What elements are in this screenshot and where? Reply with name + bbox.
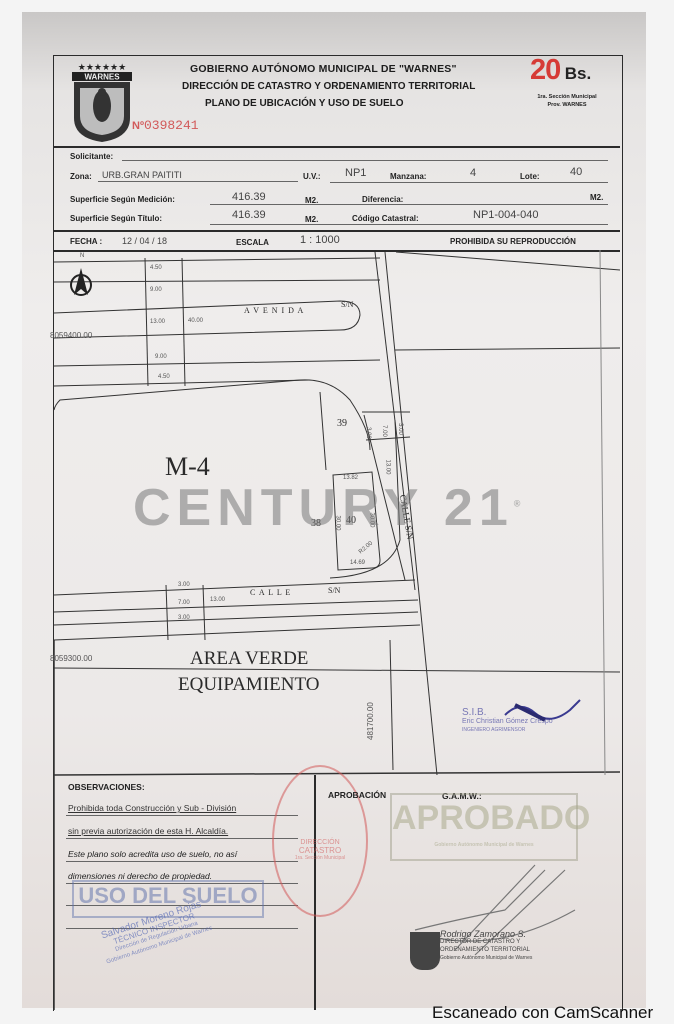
director-stamp: Rodrigo Zamorano S. DIRECTOR DE CATASTRO… [440, 930, 532, 962]
dim: 7.00 [381, 425, 387, 437]
century21-watermark: CENTURY 21® [133, 478, 520, 538]
avenida-sn: S/N [341, 300, 353, 309]
observaciones-title: OBSERVACIONES: [68, 782, 145, 792]
observacion-line: sin previa autorización de esta H. Alcal… [68, 826, 228, 836]
coord-top: 8059400.00 [50, 331, 92, 340]
calle-horizontal-label: C A L L E [250, 588, 291, 597]
area-verde-label: AREA VERDE [190, 648, 308, 670]
observacion-line: Prohibida toda Construcción y Sub - Divi… [68, 803, 236, 813]
dim: 4.50 [150, 265, 162, 271]
dim: 14.69 [350, 560, 365, 566]
aprobacion-label: APROBACIÓN [328, 790, 386, 800]
dim: 13.00 [150, 319, 165, 325]
director-seal-icon [410, 932, 440, 970]
dim: 3.00 [397, 423, 403, 435]
camscanner-watermark: Escaneado con CamScanner [432, 1003, 653, 1023]
dim: 40.00 [188, 318, 203, 324]
underline [66, 815, 298, 816]
dim: 7.00 [178, 600, 190, 606]
dim: 13.00 [210, 597, 225, 603]
dim: 3.00 [178, 615, 190, 621]
avenida-label: A V E N I D A [244, 306, 304, 315]
calle-horizontal-sn: S/N [328, 586, 340, 595]
dim: 3.00 [365, 427, 371, 439]
dim: 4.50 [158, 374, 170, 380]
underline [66, 861, 298, 862]
dim: 13.00 [385, 459, 391, 474]
equipamiento-label: EQUIPAMIENTO [178, 674, 319, 696]
engineer-signature-icon [500, 695, 590, 735]
coord-mid: 8059300.00 [50, 654, 92, 663]
observacion-line: Este plano solo acredita uso de suelo, n… [68, 849, 237, 859]
lot-39: 39 [337, 418, 347, 429]
dim: 9.00 [150, 287, 162, 293]
coord-vertical: 481700.00 [366, 702, 375, 740]
aprobado-stamp: APROBADO Gobierno Autónomo Municipal de … [390, 793, 578, 861]
underline [66, 838, 298, 839]
north-label: N [80, 253, 84, 259]
dim: 3.00 [178, 582, 190, 588]
catastro-seal-stamp: DIRECCIÓN CATASTRO 1ra. Sección Municipa… [272, 765, 368, 917]
dim: 9.00 [155, 354, 167, 360]
